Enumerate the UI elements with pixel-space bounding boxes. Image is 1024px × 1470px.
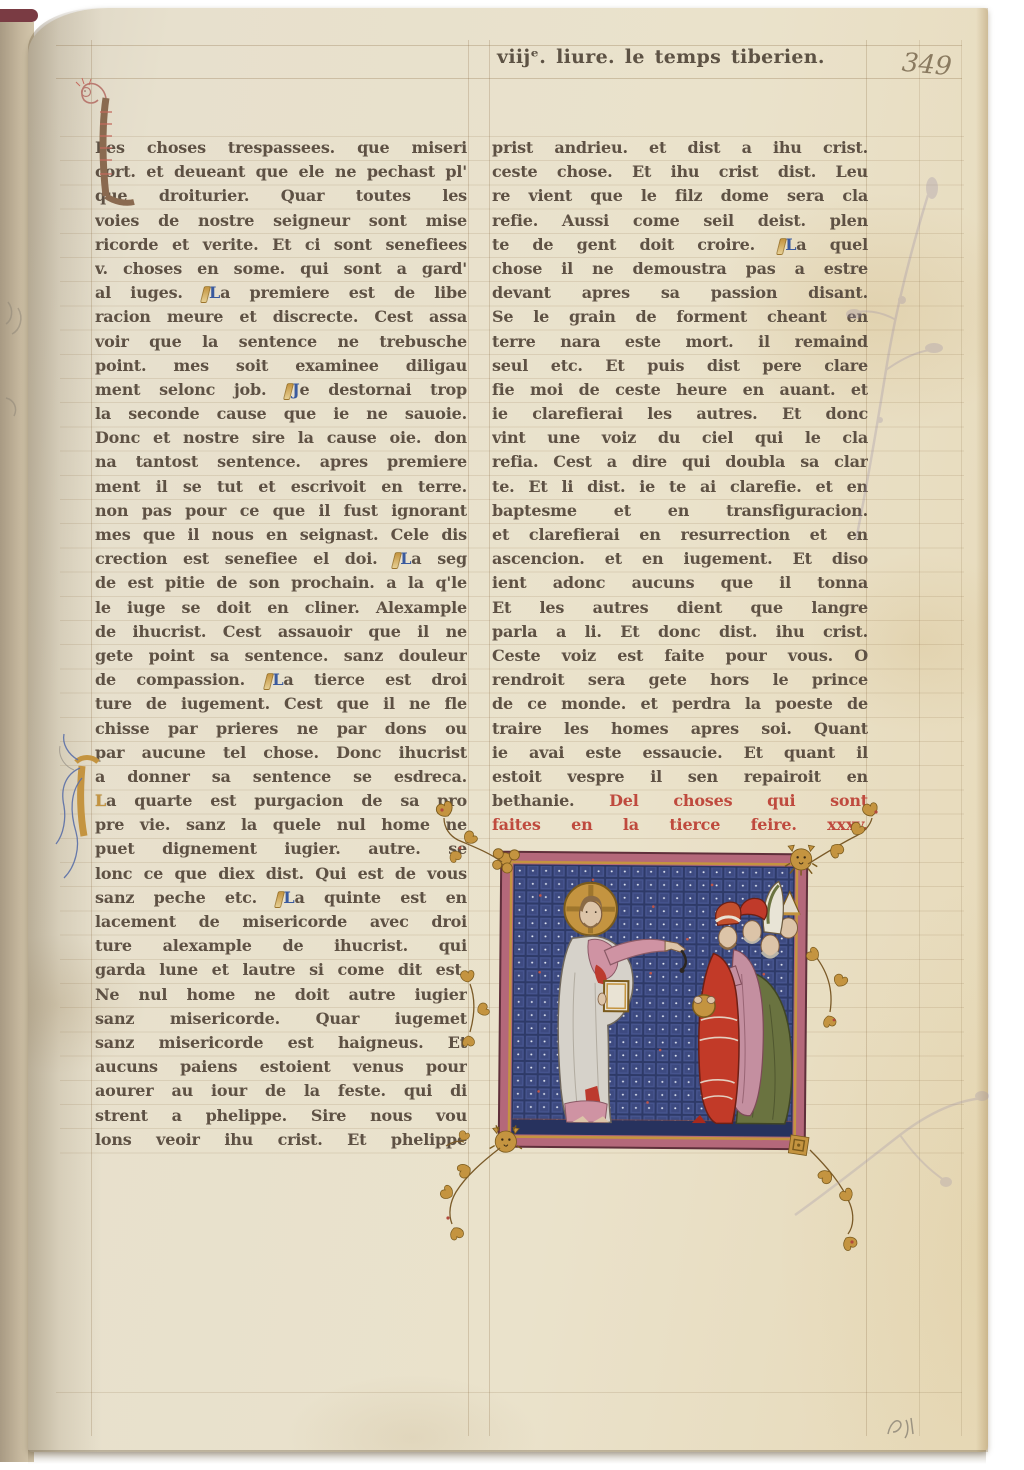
text-segment: lacement de misericorde avec droi <box>95 912 467 931</box>
text-segment: voir que la sentence ne trebusche <box>95 332 467 351</box>
text-line: ment selonc job. Je destornai trop <box>95 378 467 402</box>
text-segment: fie moi de ceste heure en auant. et <box>492 380 868 399</box>
text-line: ture de iugement. Cest que il ne fle <box>95 692 467 716</box>
running-title: viijᵉ. liure. le temps tiberien. <box>497 46 825 68</box>
text-line: mes que il nous en seignast. Cele dis <box>95 523 467 547</box>
text-line: sanz misericorde est haigneus. Et <box>95 1031 467 1055</box>
text-line: al iuges. La premiere est de libe <box>95 281 467 305</box>
text-segment: refie. Aussi come seil deist. plen <box>492 211 868 230</box>
text-segment: Et les autres dient que langre <box>492 598 868 617</box>
ruling-line <box>919 40 920 1436</box>
text-line: ascencion. et en iugement. Et diso <box>492 547 868 571</box>
ruling-line <box>489 40 490 1436</box>
text-segment: de ihucrist. Cest assauoir que il ne <box>95 622 467 641</box>
text-line: terre nara este mort. il remaind <box>492 330 868 354</box>
ruling-line <box>468 40 469 1436</box>
text-column-right: prist andrieu. et dist a ihu crist.ceste… <box>492 136 868 837</box>
decorated-initial: L <box>393 549 411 568</box>
text-segment: ie avai este essaucie. Et quant il <box>492 743 868 762</box>
text-line: Donc et nostre sire la cause oie. don <box>95 426 467 450</box>
text-line: Se le grain de forment cheant en <box>492 305 868 329</box>
text-line: na tantost sentence. apres premiere <box>95 450 467 474</box>
text-line: pre vie. sanz la quele nul home ne <box>95 813 467 837</box>
text-line: parla a li. Et donc dist. ihu crist. <box>492 620 868 644</box>
text-segment <box>797 815 827 834</box>
text-line: te. Et li dist. ie te ai clarefie. et en <box>492 475 868 499</box>
text-segment: de est pitie de son prochain. a la q'le <box>95 573 467 592</box>
text-segment: parla a li. Et donc dist. ihu crist. <box>492 622 868 641</box>
text-line: ie clarefierai les autres. Et donc <box>492 402 868 426</box>
text-segment: puet dignement iugier. autre. se <box>95 839 467 858</box>
text-line: baptesme et en transfiguracion. <box>492 499 868 523</box>
decorated-initial: J <box>285 380 299 399</box>
text-segment: ture alexample de ihucrist. qui <box>95 936 467 955</box>
text-line: refie. Aussi come seil deist. plen <box>492 209 868 233</box>
text-segment: et clarefierai en resurrection et en <box>492 525 868 544</box>
text-segment: traire les homes apres soi. Quant <box>492 719 868 738</box>
text-line: v. choses en some. qui sont a gard' <box>95 257 467 281</box>
text-segment: lons veoir ihu crist. Et phelippe <box>95 1130 467 1149</box>
text-line: voir que la sentence ne trebusche <box>95 330 467 354</box>
text-segment: prist andrieu. et dist a ihu crist. <box>492 138 868 157</box>
text-column-left: Les choses trespassees. que misericort. … <box>95 136 467 1152</box>
text-segment: que droiturier. Quar toutes les <box>95 186 467 205</box>
text-segment: vint une voiz du ciel qui le cla <box>492 428 868 447</box>
text-line: sanz misericorde. Quar iugemet <box>95 1007 467 1031</box>
text-segment: Les choses trespassees. que miseri <box>95 138 467 157</box>
decorated-initial: L <box>265 670 283 689</box>
text-segment: non pas pour ce que il fust ignorant <box>95 501 467 520</box>
text-segment: gete point sa sentence. sanz douleur <box>95 646 467 665</box>
text-segment: faites en la tierce feire. <box>492 815 797 834</box>
text-segment: cort. et deueant que ele ne pechast pl' <box>95 162 467 181</box>
text-line: crection est senefiee el doi. La seg <box>95 547 467 571</box>
text-line: voies de nostre seigneur sont mise <box>95 209 467 233</box>
text-line: ie avai este essaucie. Et quant il <box>492 741 868 765</box>
text-line: de compassion. La tierce est droi <box>95 668 467 692</box>
text-line: prist andrieu. et dist a ihu crist. <box>492 136 868 160</box>
text-segment: ceste chose. Et ihu crist dist. Leu <box>492 162 868 181</box>
text-segment: lonc ce que diex dist. Qui est de vous <box>95 864 467 883</box>
text-segment: aucuns paiens estoient venus pour <box>95 1057 467 1076</box>
text-segment: estoit vespre il sen repairoit en <box>492 767 868 786</box>
text-segment: chisse par prieres ne par dons ou <box>95 719 467 738</box>
text-line: la seconde cause que ie ne sauoie. <box>95 402 467 426</box>
text-segment: par aucune tel chose. Donc ihucrist <box>95 743 467 762</box>
text-segment: le iuge se doit en cliner. Alexample <box>95 598 467 617</box>
text-segment: Ne nul home ne doit autre iugier <box>95 985 467 1004</box>
text-line: La quarte est purgacion de sa pro <box>95 789 467 813</box>
text-segment: baptesme et en transfiguracion. <box>492 501 868 520</box>
text-segment: te. Et li dist. ie te ai clarefie. et en <box>492 477 868 496</box>
text-segment: te de gent doit croire. <box>492 235 778 254</box>
text-segment: a quinte est en <box>294 888 467 907</box>
text-line: par aucune tel chose. Donc ihucrist <box>95 741 467 765</box>
manuscript-photo: viijᵉ. liure. le temps tiberien. 349 Les… <box>0 0 1024 1470</box>
text-segment: a tierce est droi <box>283 670 467 689</box>
text-line: devant apres sa passion disant. <box>492 281 868 305</box>
text-line: racion meure et discrecte. Cest assa <box>95 305 467 329</box>
text-segment: de ce monde. et perdra la poeste de <box>492 694 868 713</box>
text-segment: ascencion. et en iugement. Et diso <box>492 549 868 568</box>
text-line: gete point sa sentence. sanz douleur <box>95 644 467 668</box>
text-line: te de gent doit croire. La quel <box>492 233 868 257</box>
text-segment: de compassion. <box>95 670 265 689</box>
text-line: Et les autres dient que langre <box>492 596 868 620</box>
text-line: ricorde et verite. Et ci sont senefiees <box>95 233 467 257</box>
decorated-initial: L <box>276 888 294 907</box>
text-segment: racion meure et discrecte. Cest assa <box>95 307 467 326</box>
text-line: lons veoir ihu crist. Et phelippe <box>95 1128 467 1152</box>
text-segment: seul etc. Et puis dist pere clare <box>492 356 868 375</box>
text-segment: sanz peche etc. <box>95 888 276 907</box>
text-line: ient adonc aucuns que il tonna <box>492 571 868 595</box>
text-segment: point. mes soit examinee diligau <box>95 356 467 375</box>
text-line: de ihucrist. Cest assauoir que il ne <box>95 620 467 644</box>
text-segment: sanz misericorde est haigneus. Et <box>95 1033 467 1052</box>
text-segment: ment selonc job. <box>95 380 285 399</box>
ruling-line <box>56 1392 962 1393</box>
miniature-svg <box>498 851 809 1151</box>
text-line: refia. Cest a dire qui doubla sa clar <box>492 450 868 474</box>
text-line: chose il ne demoustra pas a estre <box>492 257 868 281</box>
text-line: lonc ce que diex dist. Qui est de vous <box>95 862 467 886</box>
text-line: cort. et deueant que ele ne pechast pl' <box>95 160 467 184</box>
text-segment: Se le grain de forment cheant en <box>492 307 868 326</box>
text-line: garda lune et lautre si come dit est. <box>95 958 467 982</box>
text-line: ceste chose. Et ihu crist dist. Leu <box>492 160 868 184</box>
text-line: et clarefierai en resurrection et en <box>492 523 868 547</box>
text-segment: terre nara este mort. il remaind <box>492 332 868 351</box>
text-segment: crection est senefiee el doi. <box>95 549 393 568</box>
text-segment: ricorde et verite. Et ci sont senefiees <box>95 235 467 254</box>
text-segment: e destornai trop <box>300 380 468 399</box>
text-segment: a donner sa sentence se esdreca. <box>95 767 467 786</box>
text-segment: sanz misericorde. Quar iugemet <box>95 1009 467 1028</box>
text-line: aourer au iour de la feste. qui di <box>95 1079 467 1103</box>
ruling-line <box>56 78 962 79</box>
decorated-initial: L <box>778 235 796 254</box>
text-line: aucuns paiens estoient venus pour <box>95 1055 467 1079</box>
page-right-edge <box>976 8 988 1452</box>
miniature-painting <box>498 851 809 1151</box>
decorated-initial: L <box>95 791 106 810</box>
corner-ornament-brooch <box>788 1135 809 1156</box>
text-segment: rendroit sera gete hors le prince <box>492 670 868 689</box>
ruling-line <box>91 40 92 1436</box>
text-line: puet dignement iugier. autre. se <box>95 837 467 861</box>
text-line: le iuge se doit en cliner. Alexample <box>95 596 467 620</box>
text-line: re vient que le filz dome sera cla <box>492 184 868 208</box>
text-line: que droiturier. Quar toutes les <box>95 184 467 208</box>
text-segment: xxxv. <box>827 815 868 834</box>
text-line: fie moi de ceste heure en auant. et <box>492 378 868 402</box>
text-line: vint une voiz du ciel qui le cla <box>492 426 868 450</box>
text-line: ture alexample de ihucrist. qui <box>95 934 467 958</box>
text-segment: Del choses qui sont <box>609 791 868 810</box>
text-line: lacement de misericorde avec droi <box>95 910 467 934</box>
text-line: non pas pour ce que il fust ignorant <box>95 499 467 523</box>
text-line: traire les homes apres soi. Quant <box>492 717 868 741</box>
text-segment: a quel <box>796 235 868 254</box>
text-segment: refia. Cest a dire qui doubla sa clar <box>492 452 868 471</box>
text-segment: Ceste voiz est faite pour vous. O <box>492 646 868 665</box>
text-line: a donner sa sentence se esdreca. <box>95 765 467 789</box>
ruling-line <box>961 40 962 1436</box>
page-bottom-shadow <box>28 1450 986 1464</box>
text-segment: ment il se tut et escrivoit en terre. <box>95 477 467 496</box>
text-line: de ce monde. et perdra la poeste de <box>492 692 868 716</box>
text-line: point. mes soit examinee diligau <box>95 354 467 378</box>
text-segment: v. choses en some. qui sont a gard' <box>95 259 467 278</box>
text-segment: ie clarefierai les autres. Et donc <box>492 404 868 423</box>
text-segment: pre vie. sanz la quele nul home ne <box>95 815 467 834</box>
text-segment: a quarte est purgacion de sa pro <box>106 791 467 810</box>
text-line: chisse par prieres ne par dons ou <box>95 717 467 741</box>
text-segment: ient adonc aucuns que il tonna <box>492 573 868 592</box>
text-segment: garda lune et lautre si come dit est. <box>95 960 467 979</box>
text-line: Ceste voiz est faite pour vous. O <box>492 644 868 668</box>
binding-edge <box>0 9 38 22</box>
text-line: estoit vespre il sen repairoit en <box>492 765 868 789</box>
text-segment: bethanie. <box>492 791 609 810</box>
text-segment: Donc et nostre sire la cause oie. don <box>95 428 467 447</box>
text-segment: mes que il nous en seignast. Cele dis <box>95 525 467 544</box>
text-line: de est pitie de son prochain. a la q'le <box>95 571 467 595</box>
text-segment: ture de iugement. Cest que il ne fle <box>95 694 467 713</box>
text-segment: re vient que le filz dome sera cla <box>492 186 868 205</box>
text-segment: strent a phelippe. Sire nous vou <box>95 1106 467 1125</box>
text-segment: aourer au iour de la feste. qui di <box>95 1081 467 1100</box>
text-line: Ne nul home ne doit autre iugier <box>95 983 467 1007</box>
text-segment: voies de nostre seigneur sont mise <box>95 211 467 230</box>
text-segment: a premiere est de libe <box>220 283 467 302</box>
text-line: ment il se tut et escrivoit en terre. <box>95 475 467 499</box>
text-line: rendroit sera gete hors le prince <box>492 668 868 692</box>
text-segment: na tantost sentence. apres premiere <box>95 452 467 471</box>
text-line: seul etc. Et puis dist pere clare <box>492 354 868 378</box>
text-line: bethanie. Del choses qui sont <box>492 789 868 813</box>
text-segment: la seconde cause que ie ne sauoie. <box>95 404 467 423</box>
text-segment: al iuges. <box>95 283 202 302</box>
decorated-initial: L <box>202 283 220 302</box>
folio-number: 349 <box>901 48 953 82</box>
text-segment: devant apres sa passion disant. <box>492 283 868 302</box>
text-segment: a seg <box>411 549 467 568</box>
text-segment: chose il ne demoustra pas a estre <box>492 259 868 278</box>
text-line: strent a phelippe. Sire nous vou <box>95 1104 467 1128</box>
text-line: Les choses trespassees. que miseri <box>95 136 467 160</box>
text-line: faites en la tierce feire. xxxv. <box>492 813 868 837</box>
text-line: sanz peche etc. La quinte est en <box>95 886 467 910</box>
